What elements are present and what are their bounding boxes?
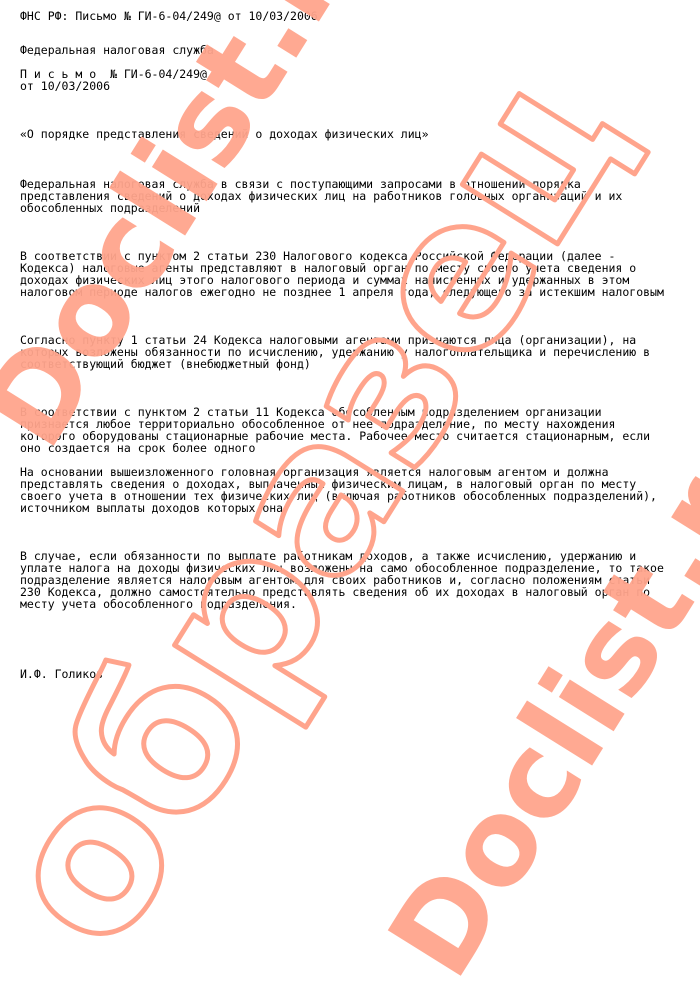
letter-date: от 10/03/2006 [20,80,110,92]
paragraph-line: оно создается на срок более одного [20,442,255,454]
signature: И.Ф. Голиков [20,668,103,680]
paragraph-line: источником выплаты доходов которых она [20,502,283,514]
paragraph-line: обособленных подразделений [20,202,200,214]
paragraph-line: соответствующий бюджет (внебюджетный фон… [20,358,311,370]
document-title: «О порядке представления сведений о дохо… [20,128,429,140]
issuer-name: Федеральная налоговая служба [20,44,214,56]
document-header-line: ФНС РФ: Письмо № ГИ-6-04/249@ от 10/03/2… [20,10,318,22]
paragraph-line: налоговом периоде налогов ежегодно не по… [20,286,664,298]
paragraph-line: месту учета обособленного подразделения. [20,598,297,610]
